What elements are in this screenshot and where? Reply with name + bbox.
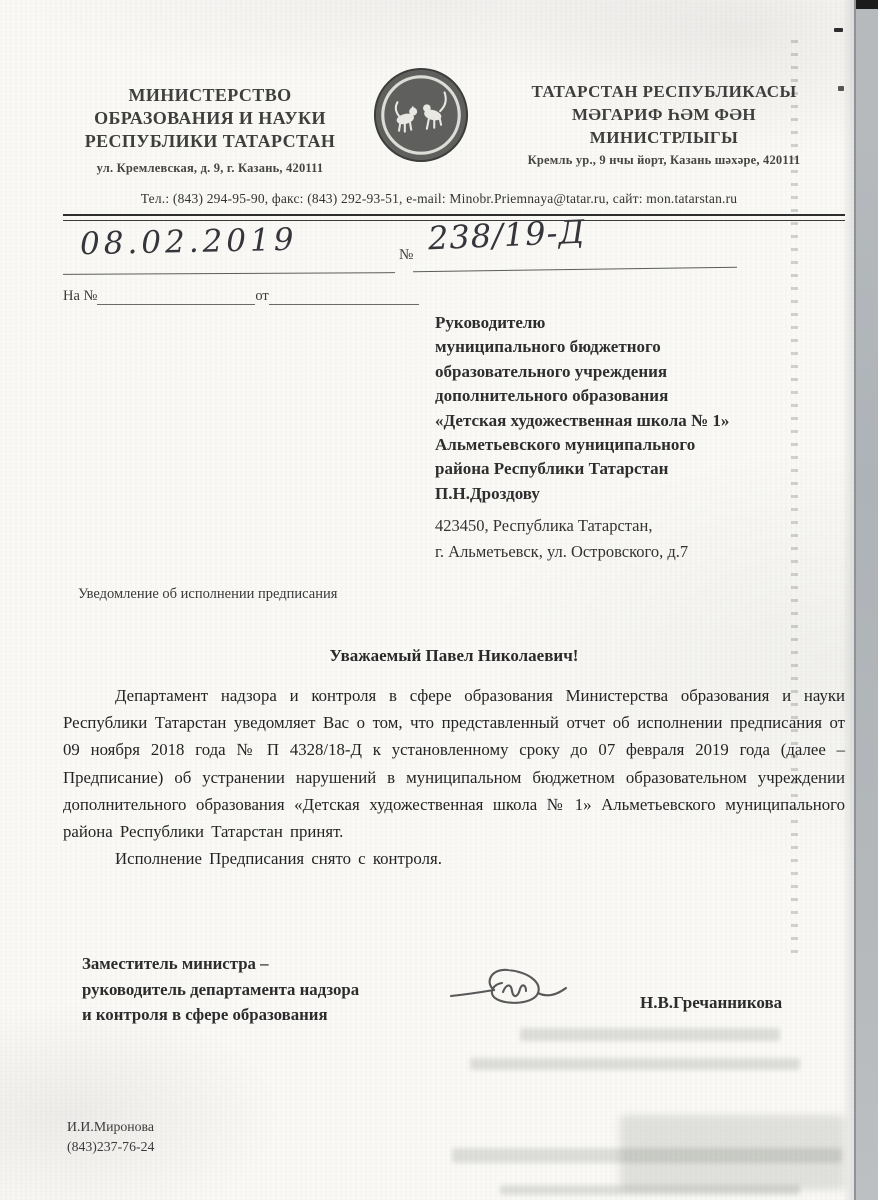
scan-speck xyxy=(834,28,843,32)
letterhead-rule-thick xyxy=(63,214,845,216)
signer-position-block: Заместитель министра – руководитель депа… xyxy=(82,951,482,1028)
ministry-name-ru-line2: ОБРАЗОВАНИЯ И НАУКИ xyxy=(58,107,362,130)
scan-speck xyxy=(838,86,844,91)
reply-reference-row: На №от xyxy=(63,288,419,305)
handwritten-date: 08.02.2019 xyxy=(80,222,298,263)
signer-position-line: Заместитель министра – xyxy=(82,951,482,977)
ministry-address-tatar: Кремль ур., 9 нчы йорт, Казань шәхәре, 4… xyxy=(490,153,838,168)
number-sign-label: № xyxy=(399,247,413,264)
reply-number-blank xyxy=(97,290,255,305)
bleedthrough-tick-column xyxy=(791,40,798,960)
ministry-address-russian: ул. Кремлевская, д. 9, г. Казань, 420111 xyxy=(70,161,350,176)
body-paragraph-1: Департамент надзора и контроля в сфере о… xyxy=(63,682,845,845)
ministry-name-russian: МИНИСТЕРСТВО ОБРАЗОВАНИЯ И НАУКИ РЕСПУБЛ… xyxy=(58,84,362,153)
letter-body: Департамент надзора и контроля в сфере о… xyxy=(63,682,845,872)
number-underline xyxy=(413,267,737,273)
reply-number-label: На № xyxy=(63,288,97,304)
salutation: Уважаемый Павел Николаевич! xyxy=(63,646,845,666)
contact-line: Тел.: (843) 294-95-90, факс: (843) 292-9… xyxy=(63,191,815,207)
tatarstan-emblem-icon xyxy=(372,66,470,169)
scanned-letter-page: { "letterhead": { "left": { "lines": ["М… xyxy=(0,0,878,1200)
subject-line: Уведомление об исполнении предписания xyxy=(78,586,337,603)
ministry-name-ru-line1: МИНИСТЕРСТВО xyxy=(58,84,362,107)
signer-position-line: и контроля в сфере образования xyxy=(82,1002,482,1028)
bleedthrough-text-artifact xyxy=(520,1028,780,1041)
body-paragraph-2: Исполнение Предписания снято с контроля. xyxy=(63,845,845,872)
bleedthrough-text-artifact xyxy=(500,1185,800,1195)
reply-from-blank xyxy=(269,290,419,305)
reply-from-label: от xyxy=(255,288,268,304)
handwritten-outgoing-number: 238/19-Д xyxy=(427,213,586,258)
scan-edge-strip xyxy=(854,0,878,1200)
date-underline xyxy=(63,272,395,275)
handwritten-signature xyxy=(448,958,568,1025)
executor-name: И.И.Миронова xyxy=(67,1117,154,1137)
bleedthrough-text-artifact xyxy=(470,1058,800,1070)
ministry-name-ru-line3: РЕСПУБЛИКИ ТАТАРСТАН xyxy=(58,130,362,153)
signer-name: Н.В.Гречанникова xyxy=(640,993,782,1013)
bleedthrough-text-artifact xyxy=(452,1148,842,1163)
executor-phone: (843)237-76-24 xyxy=(67,1137,154,1157)
executor-block: И.И.Миронова (843)237-76-24 xyxy=(67,1117,154,1156)
signer-position-line: руководитель департамента надзора xyxy=(82,977,482,1003)
